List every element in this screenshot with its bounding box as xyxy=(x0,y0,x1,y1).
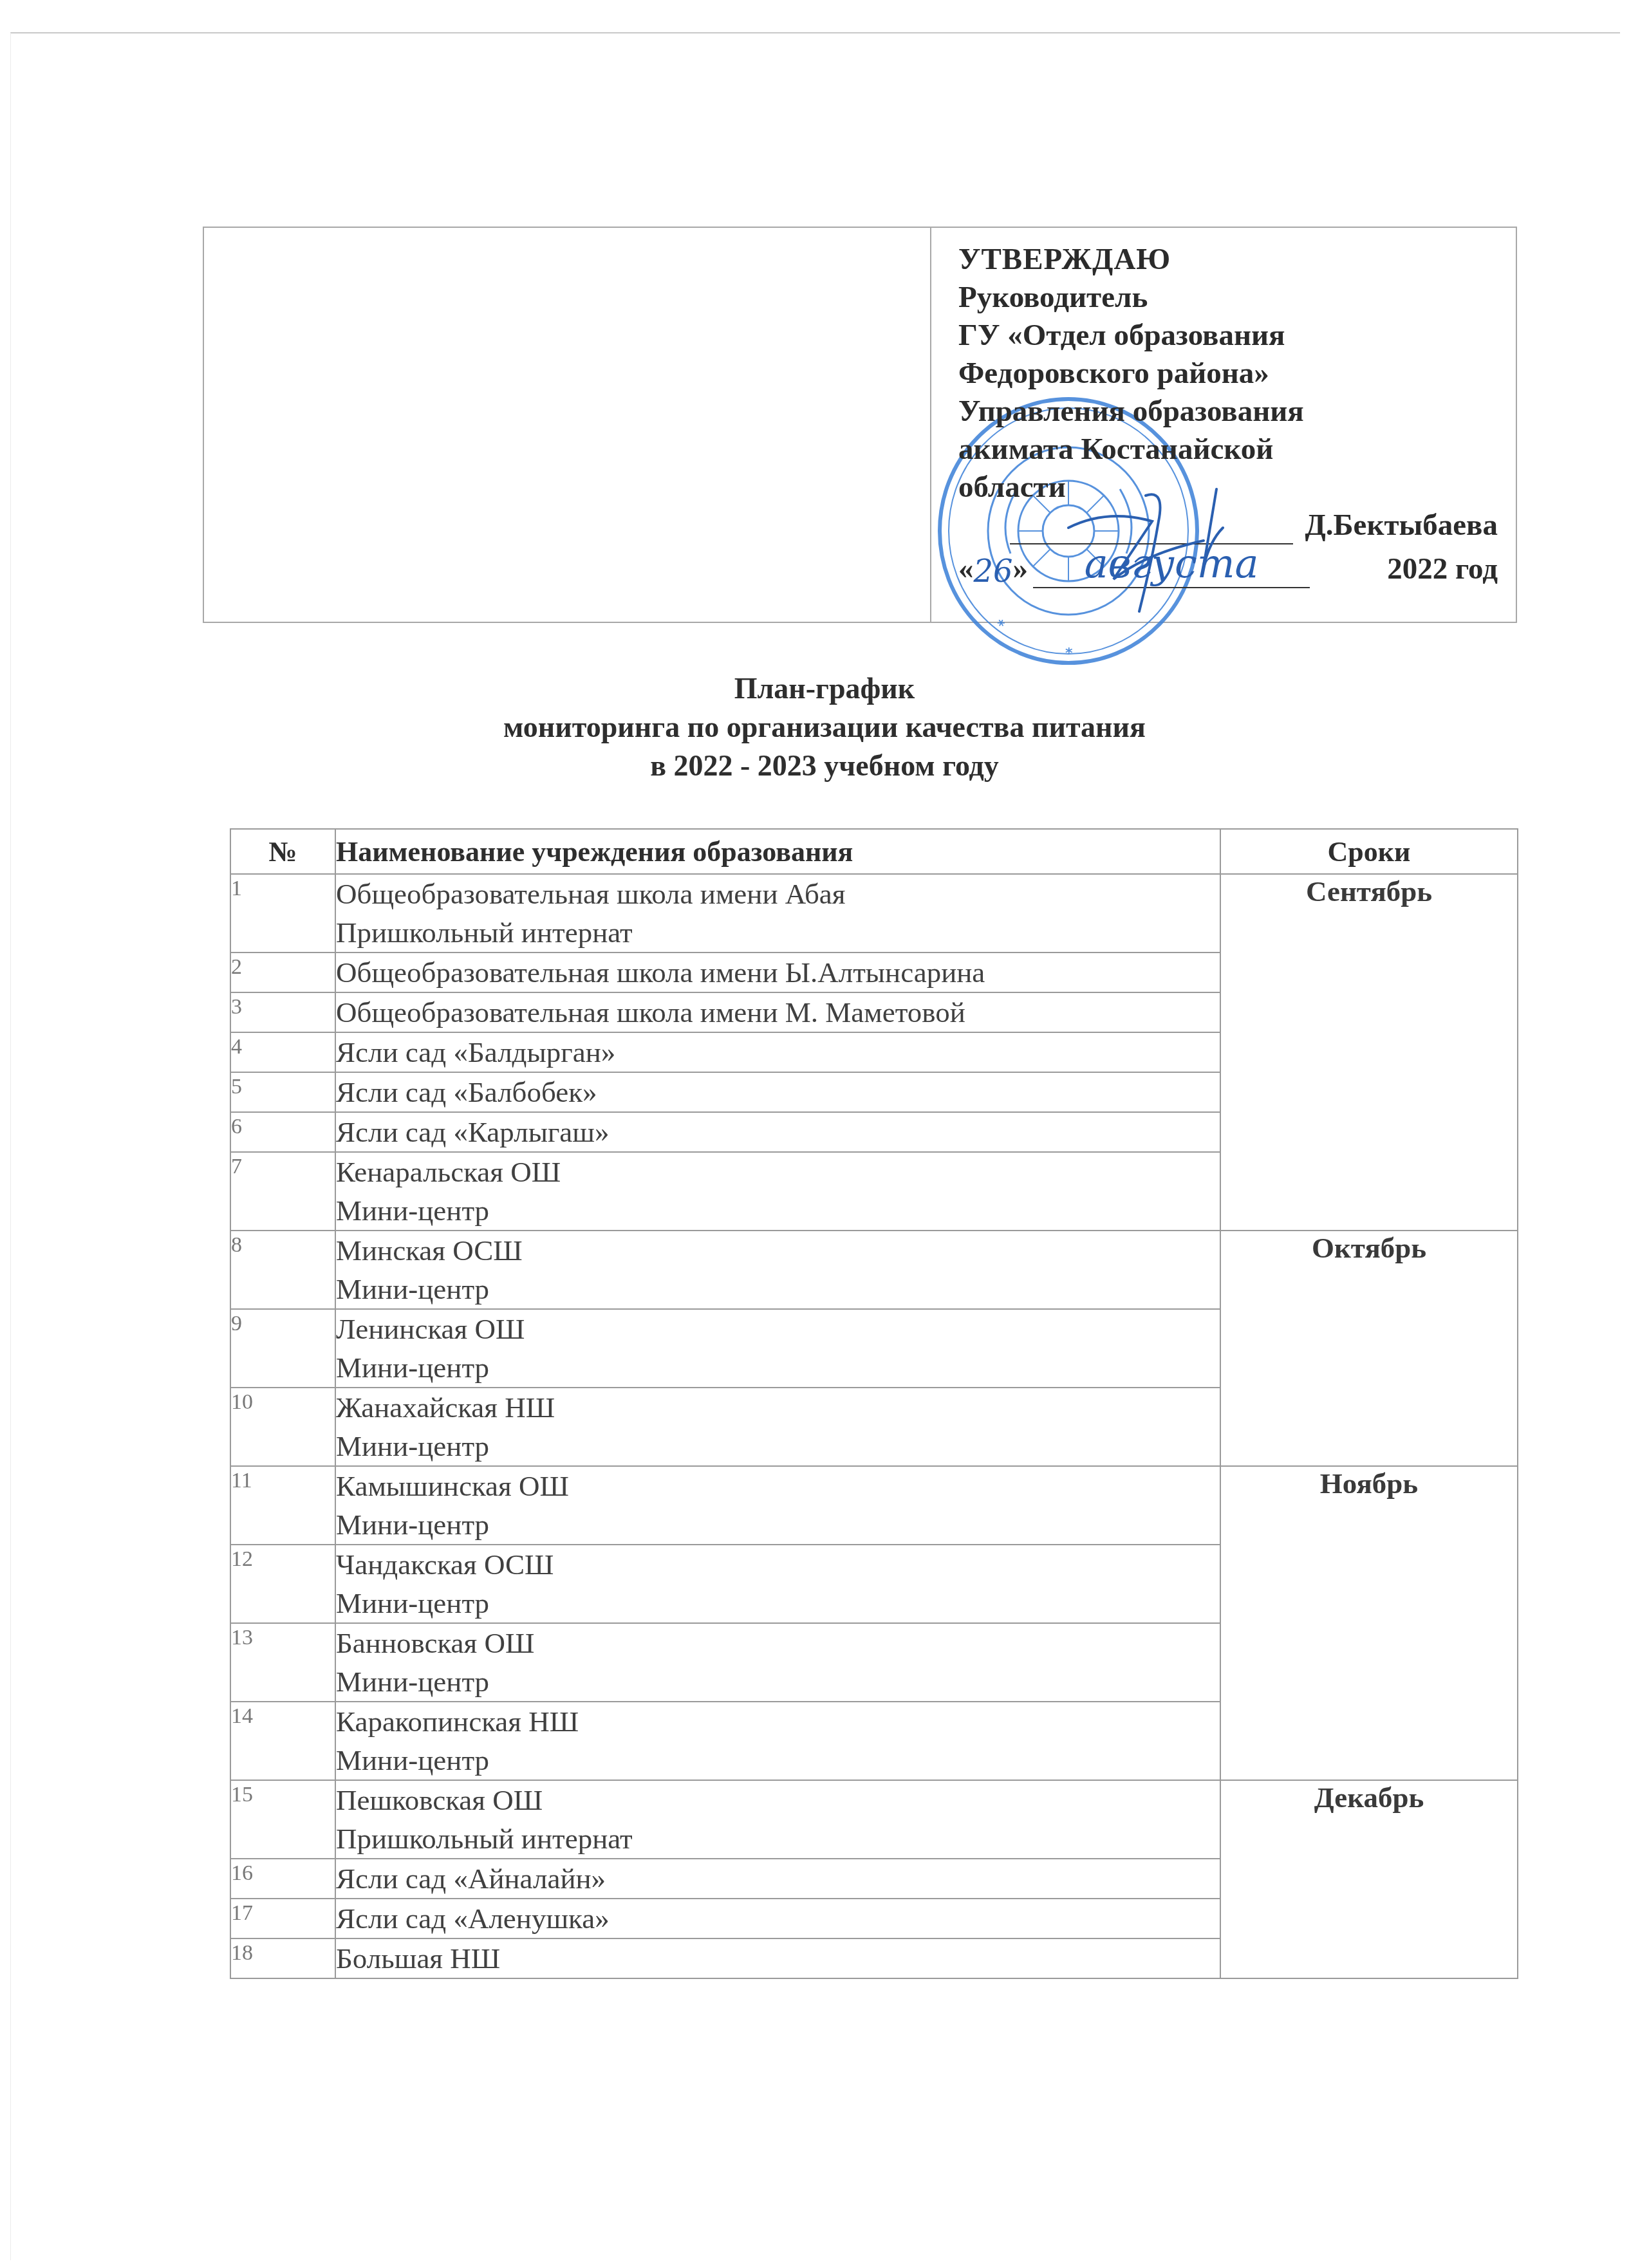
institution-name-line: Чандакская ОСШ xyxy=(336,1545,1220,1584)
date-close-quote: » xyxy=(1013,550,1029,588)
row-number: 4 xyxy=(230,1032,335,1072)
date-year: 2022 год xyxy=(1387,550,1498,588)
date-open-quote: « xyxy=(958,550,974,588)
column-header-term: Сроки xyxy=(1220,829,1518,874)
institution-name: Ясли сад «Айналайн» xyxy=(335,1859,1220,1899)
approval-empty-cell xyxy=(204,228,931,622)
institution-name-line: Большая НШ xyxy=(336,1939,1220,1978)
institution-name-line: Ясли сад «Аленушка» xyxy=(336,1899,1220,1938)
row-number: 6 xyxy=(230,1112,335,1152)
table-body: 1Общеобразовательная школа имени АбаяПри… xyxy=(230,874,1518,1978)
institution-name: Кенаральская ОШМини-центр xyxy=(335,1152,1220,1231)
institution-name-line: Общеобразовательная школа имени Абая xyxy=(336,875,1220,913)
institution-name: Ясли сад «Балдырган» xyxy=(335,1032,1220,1072)
term-month: Сентябрь xyxy=(1220,874,1518,1231)
institution-name-line: Минская ОСШ xyxy=(336,1231,1220,1270)
row-number: 16 xyxy=(230,1859,335,1899)
institution-name-line: Мини-центр xyxy=(336,1348,1220,1387)
row-number: 2 xyxy=(230,953,335,992)
institution-name-line: Пешковская ОШ xyxy=(336,1781,1220,1819)
signatory-name: Д.Бектыбаева xyxy=(1305,507,1498,544)
institution-name-line: Мини-центр xyxy=(336,1741,1220,1780)
institution-name: Банновская ОШМини-центр xyxy=(335,1623,1220,1702)
institution-name-line: Камышинская ОШ xyxy=(336,1467,1220,1505)
column-header-number: № xyxy=(230,829,335,874)
institution-name: Камышинская ОШМини-центр xyxy=(335,1466,1220,1545)
row-number: 18 xyxy=(230,1938,335,1978)
institution-name-line: Ленинская ОШ xyxy=(336,1310,1220,1348)
term-month: Октябрь xyxy=(1220,1231,1518,1466)
row-number: 5 xyxy=(230,1072,335,1112)
institution-name: Общеобразовательная школа имени Ы.Алтынс… xyxy=(335,953,1220,992)
institution-name-line: Общеобразовательная школа имени М. Мамет… xyxy=(336,993,1220,1032)
table-row: 11Камышинская ОШМини-центрНоябрь xyxy=(230,1466,1518,1545)
institution-name-line: Мини-центр xyxy=(336,1427,1220,1465)
table-header-row: № Наименование учреждения образования Ср… xyxy=(230,829,1518,874)
approval-heading: УТВЕРЖДАЮ xyxy=(958,241,1516,279)
table-row: 8Минская ОСШМини-центрОктябрь xyxy=(230,1231,1518,1309)
term-month: Декабрь xyxy=(1220,1780,1518,1978)
institution-name: Ясли сад «Карлыгаш» xyxy=(335,1112,1220,1152)
title-line-1: План-график xyxy=(0,669,1649,708)
institution-name: Чандакская ОСШМини-центр xyxy=(335,1545,1220,1623)
title-line-3: в 2022 - 2023 учебном году xyxy=(0,747,1649,785)
institution-name: Ленинская ОШМини-центр xyxy=(335,1309,1220,1388)
row-number: 15 xyxy=(230,1780,335,1859)
institution-name-line: Ясли сад «Айналайн» xyxy=(336,1859,1220,1898)
approval-block: УТВЕРЖДАЮ Руководитель ГУ «Отдел образов… xyxy=(203,227,1517,623)
date-day: 26 xyxy=(974,553,1013,591)
row-number: 3 xyxy=(230,992,335,1032)
svg-text:*: * xyxy=(1065,646,1073,662)
institution-name-line: Жанахайская НШ xyxy=(336,1388,1220,1427)
table-row: 15Пешковская ОШПришкольный интернатДекаб… xyxy=(230,1780,1518,1859)
row-number: 17 xyxy=(230,1899,335,1938)
institution-name: Ясли сад «Аленушка» xyxy=(335,1899,1220,1938)
institution-name-line: Ясли сад «Карлыгаш» xyxy=(336,1113,1220,1151)
institution-name-line: Пришкольный интернат xyxy=(336,1819,1220,1858)
institution-name-line: Банновская ОШ xyxy=(336,1624,1220,1662)
column-header-institution: Наименование учреждения образования xyxy=(335,829,1220,874)
institution-name: Жанахайская НШМини-центр xyxy=(335,1388,1220,1466)
svg-text:*: * xyxy=(992,617,1007,635)
row-number: 9 xyxy=(230,1309,335,1388)
institution-name-line: Мини-центр xyxy=(336,1584,1220,1622)
institution-name-line: Ясли сад «Балдырган» xyxy=(336,1033,1220,1072)
row-number: 8 xyxy=(230,1231,335,1309)
monitoring-schedule-table: № Наименование учреждения образования Ср… xyxy=(230,828,1518,1979)
row-number: 13 xyxy=(230,1623,335,1702)
approval-line: ГУ «Отдел образования xyxy=(958,317,1516,355)
institution-name-line: Кенаральская ОШ xyxy=(336,1153,1220,1191)
approval-line: акимата Костанайской xyxy=(958,431,1516,469)
institution-name-line: Мини-центр xyxy=(336,1270,1220,1308)
approval-line: Федоровского района» xyxy=(958,355,1516,393)
institution-name: Минская ОСШМини-центр xyxy=(335,1231,1220,1309)
handwritten-signature-icon xyxy=(1056,483,1249,631)
institution-name-line: Пришкольный интернат xyxy=(336,913,1220,952)
institution-name: Общеобразовательная школа имени АбаяПриш… xyxy=(335,874,1220,953)
institution-name: Каракопинская НШМини-центр xyxy=(335,1702,1220,1780)
institution-name: Большая НШ xyxy=(335,1938,1220,1978)
row-number: 14 xyxy=(230,1702,335,1780)
institution-name-line: Ясли сад «Балбобек» xyxy=(336,1073,1220,1111)
table-row: 1Общеобразовательная школа имени АбаяПри… xyxy=(230,874,1518,953)
institution-name: Пешковская ОШПришкольный интернат xyxy=(335,1780,1220,1859)
approval-line: Руководитель xyxy=(958,279,1516,317)
institution-name-line: Каракопинская НШ xyxy=(336,1702,1220,1741)
institution-name: Общеобразовательная школа имени М. Мамет… xyxy=(335,992,1220,1032)
row-number: 10 xyxy=(230,1388,335,1466)
institution-name: Ясли сад «Балбобек» xyxy=(335,1072,1220,1112)
title-line-2: мониторинга по организации качества пита… xyxy=(0,708,1649,747)
approval-line: Управления образования xyxy=(958,393,1516,431)
institution-name-line: Общеобразовательная школа имени Ы.Алтынс… xyxy=(336,953,1220,992)
institution-name-line: Мини-центр xyxy=(336,1191,1220,1230)
row-number: 12 xyxy=(230,1545,335,1623)
document-title: План-график мониторинга по организации к… xyxy=(0,669,1649,785)
row-number: 11 xyxy=(230,1466,335,1545)
row-number: 7 xyxy=(230,1152,335,1231)
institution-name-line: Мини-центр xyxy=(336,1662,1220,1701)
term-month: Ноябрь xyxy=(1220,1466,1518,1780)
row-number: 1 xyxy=(230,874,335,953)
institution-name-line: Мини-центр xyxy=(336,1505,1220,1544)
